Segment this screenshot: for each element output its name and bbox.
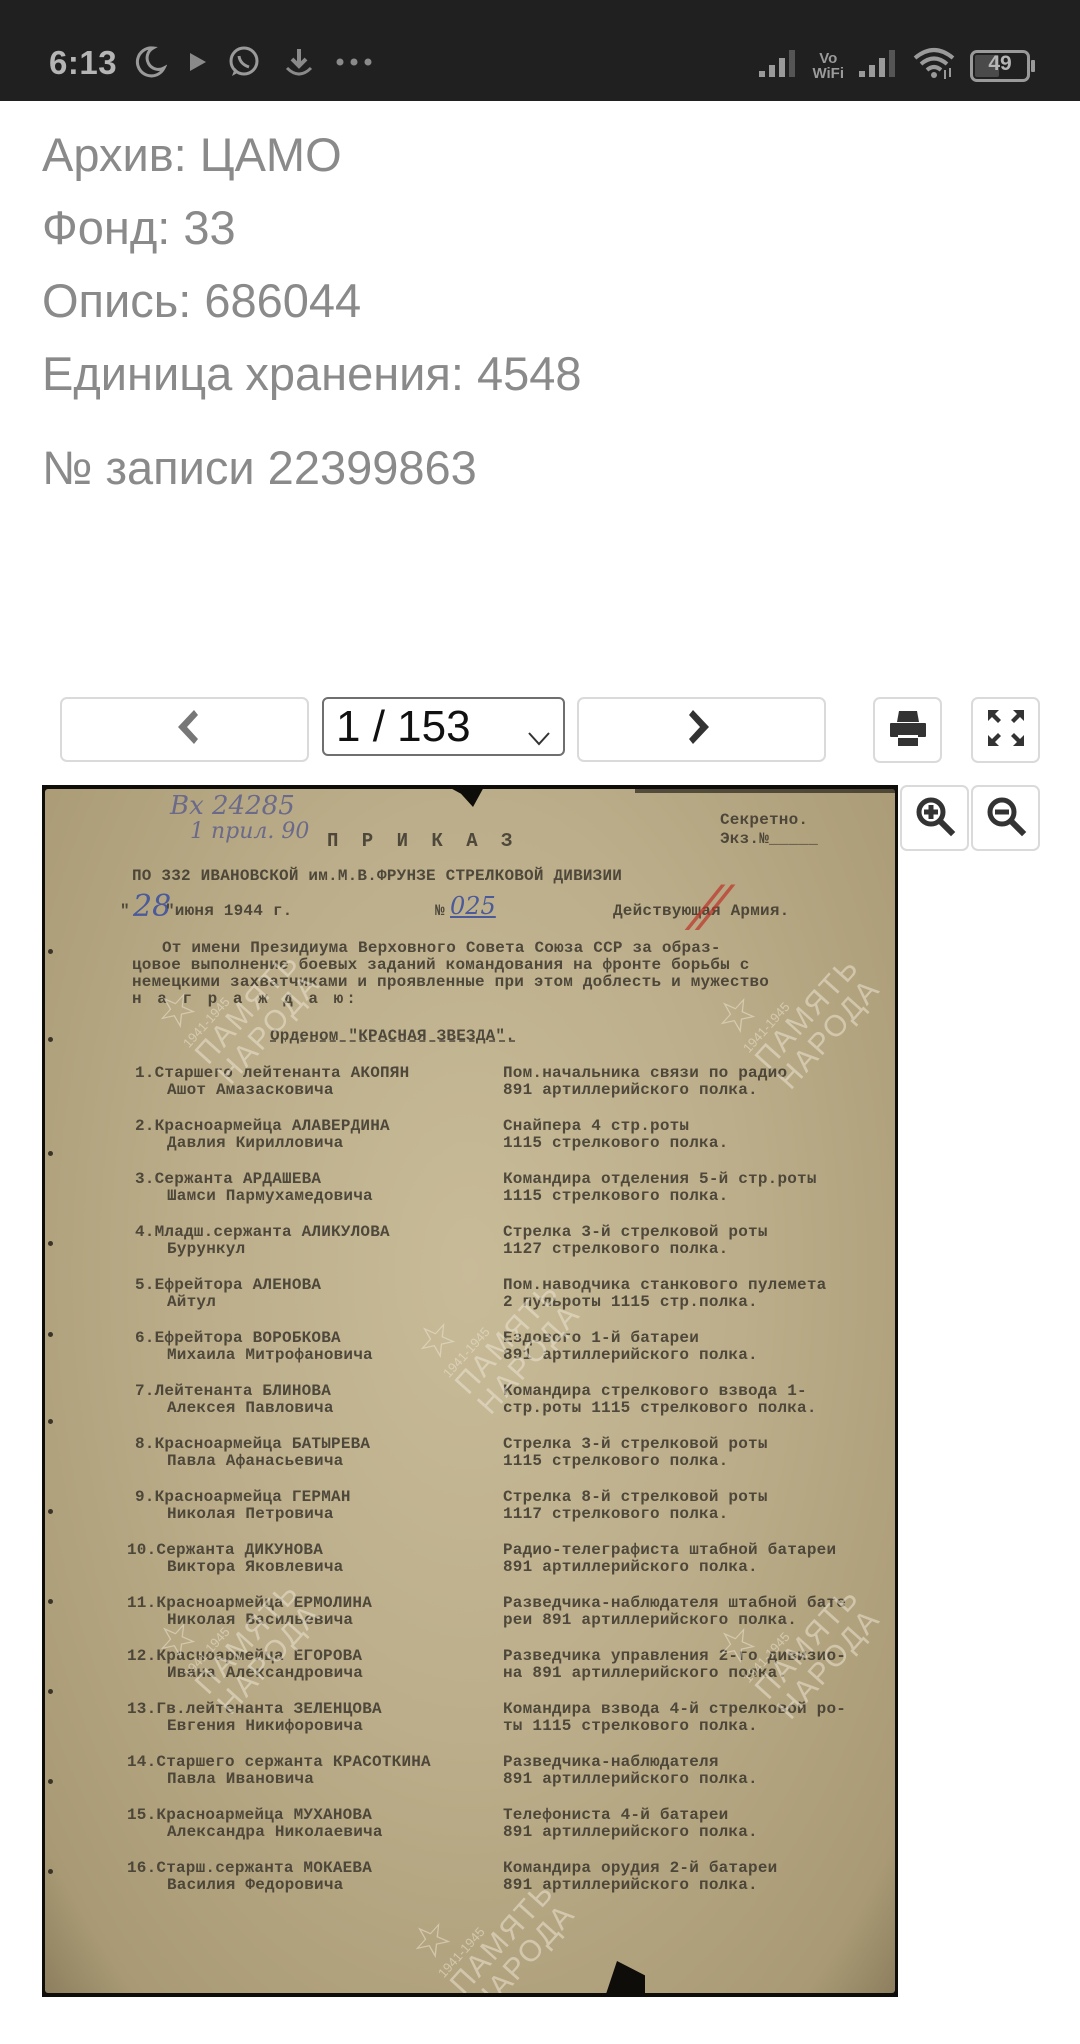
fullscreen-icon (985, 707, 1027, 754)
previous-page-button[interactable] (60, 697, 309, 762)
print-icon (888, 708, 928, 753)
entry-position-line-2: 1115 стрелкового полка. (503, 1452, 728, 1471)
chevron-right-icon (687, 707, 717, 752)
next-page-button[interactable] (577, 697, 826, 762)
copy-number-label: Экз.№_____ (720, 830, 818, 849)
signal-icon-2 (858, 47, 898, 84)
entry-position-line-2: 891 артиллерийского полка. (503, 1558, 758, 1577)
entry-given-names: Ашот Амазасковича (167, 1081, 334, 1100)
battery-icon: 49 (970, 50, 1036, 82)
moon-icon (133, 44, 167, 80)
signal-icon (758, 47, 798, 84)
entry-given-names: Павла Афанасьевича (167, 1452, 343, 1471)
entry-position-line-2: 891 артиллерийского полка. (503, 1346, 758, 1365)
chevron-down-icon (525, 713, 553, 763)
zoom-in-icon (914, 795, 956, 842)
date-text: "июня 1944 г. (165, 902, 292, 921)
entry-position-line-2: 2 пульроты 1115 стр.полка. (503, 1293, 758, 1312)
division-line: ПО 332 ИВАНОВСКОЙ им.М.В.ФРУНЗЕ СТРЕЛКОВ… (132, 867, 622, 886)
status-bar: 6:13 Vo WiFi 49 (0, 0, 1080, 101)
date-quote: " (120, 902, 130, 921)
entry-given-names: Шамси Пармухамедовича (167, 1187, 373, 1206)
entry-given-names: Александра Николаевича (167, 1823, 383, 1842)
status-right-icons: Vo WiFi 49 (758, 46, 1036, 85)
entry-given-names: Ивана Александровича (167, 1664, 363, 1683)
entry-given-names: Николая Васильевича (167, 1611, 353, 1630)
whatsapp-icon (226, 44, 262, 80)
entry-given-names: Айтул (167, 1293, 216, 1312)
secret-label: Секретно. (720, 811, 808, 830)
entry-position-line-2: 1117 стрелкового полка. (503, 1505, 728, 1524)
entry-position-line-2: 1127 стрелкового полка. (503, 1240, 728, 1259)
play-store-icon (187, 44, 209, 80)
entry-given-names: Бурункул (167, 1240, 245, 1259)
fond-label: Фонд: 33 (42, 191, 582, 264)
entry-given-names: Николая Петровича (167, 1505, 334, 1524)
entry-given-names: Давлия Кирилловича (167, 1134, 343, 1153)
print-button[interactable] (873, 697, 942, 763)
handwritten-incoming-number: Вх 24285 (170, 791, 295, 821)
entry-given-names: Михаила Митрофановича (167, 1346, 373, 1365)
vowifi-icon: Vo WiFi (812, 51, 844, 81)
opis-label: Опись: 686044 (42, 264, 582, 337)
zoom-out-icon (985, 795, 1027, 842)
preamble-line-4: н а г р а ж д а ю: (132, 990, 359, 1009)
battery-level: 49 (970, 52, 1030, 76)
storage-unit-label: Единица хранения: 4548 (42, 337, 582, 410)
entry-position-line-2: 891 артиллерийского полка. (503, 1081, 758, 1100)
wifi-icon (912, 46, 956, 85)
document-scan[interactable]: Вх 24285 1 прил. 90 П Р И К А З Секретно… (42, 785, 898, 1997)
entry-rank-surname: 5.Ефрейтора АЛЕНОВА (135, 1276, 321, 1295)
entry-position-line-2: 891 артиллерийского полка. (503, 1876, 758, 1895)
zoom-in-button[interactable] (900, 785, 969, 851)
order-number-prefix: № (435, 902, 445, 921)
entry-position-line-2: на 891 артиллерийского полка. (503, 1664, 787, 1683)
entry-position-line-2: стр.роты 1115 стрелкового полка. (503, 1399, 817, 1418)
entry-given-names: Евгения Никифоровича (167, 1717, 363, 1736)
entry-position-line-2: ты 1115 стрелкового полка. (503, 1717, 758, 1736)
entry-given-names: Алексея Павловича (167, 1399, 334, 1418)
status-time: 6:13 (49, 44, 117, 82)
handwritten-note: 1 прил. 90 (190, 819, 309, 844)
document-paper: Вх 24285 1 прил. 90 П Р И К А З Секретно… (45, 789, 895, 1993)
record-info: Архив: ЦАМО Фонд: 33 Опись: 686044 Едини… (42, 118, 582, 410)
entry-position-line-2: 1115 стрелкового полка. (503, 1134, 728, 1153)
record-number: № записи 22399863 (42, 435, 477, 501)
document-title: П Р И К А З (327, 832, 518, 851)
archive-label: Архив: ЦАМО (42, 118, 582, 191)
watermark-star-icon: ☆ (400, 1836, 527, 1970)
entry-given-names: Павла Ивановича (167, 1770, 314, 1789)
chevron-left-icon (170, 707, 200, 752)
page-select[interactable]: 1 / 153 (322, 697, 565, 756)
order-number: 025 (450, 892, 496, 920)
fullscreen-button[interactable] (971, 697, 1040, 763)
entry-given-names: Василия Федоровича (167, 1876, 343, 1895)
entry-position-line-2: 1115 стрелкового полка. (503, 1187, 728, 1206)
entry-position-line-2: реи 891 артиллерийского полка. (503, 1611, 797, 1630)
entry-position-line-2: 891 артиллерийского полка. (503, 1770, 758, 1789)
entry-given-names: Виктора Яковлевича (167, 1558, 343, 1577)
order-name: Орденом "КРАСНАЯ ЗВЕЗДА". (270, 1027, 515, 1046)
red-handwritten-mark: ⁄⁄ (700, 874, 720, 944)
zoom-out-button[interactable] (971, 785, 1040, 851)
more-dots-icon (335, 44, 375, 80)
entry-position-line-2: 891 артиллерийского полка. (503, 1823, 758, 1842)
download-icon (283, 44, 315, 80)
page-select-value: 1 / 153 (336, 702, 471, 752)
